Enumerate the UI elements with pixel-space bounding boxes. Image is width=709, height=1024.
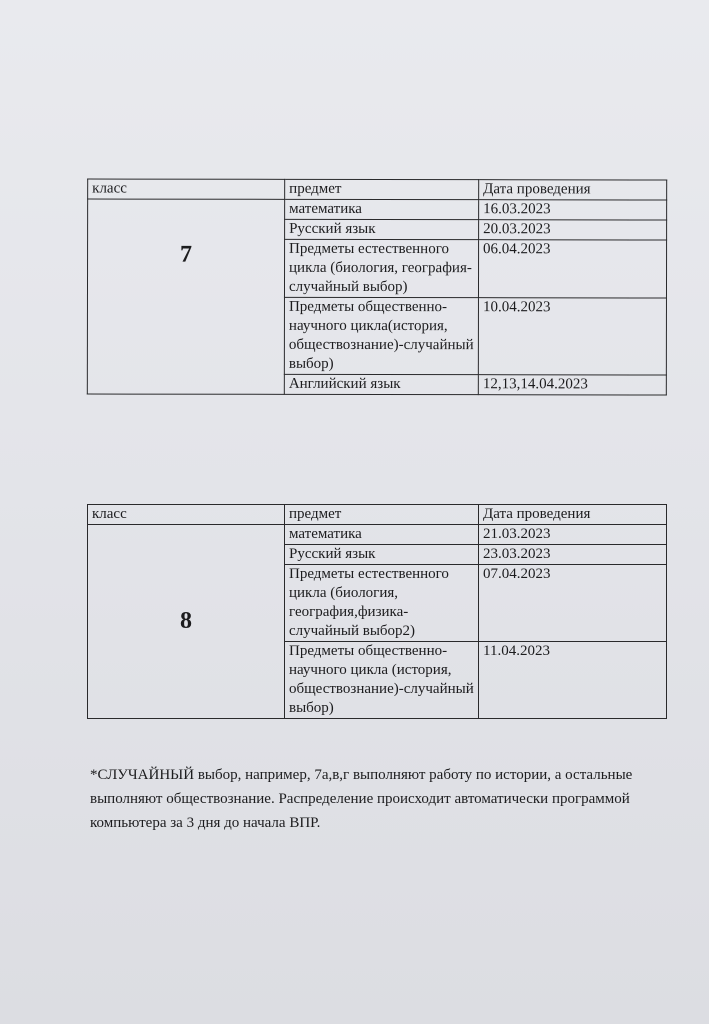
header-date: Дата проведения — [479, 180, 667, 200]
date-cell: 23.03.2023 — [479, 545, 667, 565]
date-cell: 11.04.2023 — [479, 642, 667, 719]
header-subject: предмет — [285, 505, 479, 525]
date-cell: 21.03.2023 — [479, 525, 667, 545]
footnote: *СЛУЧАЙНЫЙ выбор, например, 7а,в,г выпол… — [90, 763, 650, 835]
header-class: класс — [88, 505, 285, 525]
table-header-row: класс предмет Дата проведения — [88, 505, 667, 525]
subject-cell: Английский язык — [284, 374, 478, 394]
subject-cell: Предметы общественно-научного цикла (ист… — [285, 642, 479, 719]
table-row: 8 математика 21.03.2023 — [88, 525, 667, 545]
date-cell: 10.04.2023 — [478, 298, 666, 375]
subject-cell: Предметы общественно-научного цикла(исто… — [284, 297, 478, 374]
header-date: Дата проведения — [479, 505, 667, 525]
class-number: 7 — [87, 199, 284, 394]
subject-cell: Русский язык — [285, 545, 479, 565]
date-cell: 06.04.2023 — [478, 240, 666, 298]
grade-7-schedule-table: класс предмет Дата проведения 7 математи… — [87, 178, 667, 395]
table-header-row: класс предмет Дата проведения — [88, 179, 667, 200]
date-cell: 07.04.2023 — [479, 565, 667, 642]
header-class: класс — [88, 179, 285, 199]
header-subject: предмет — [285, 179, 479, 199]
subject-cell: Русский язык — [285, 219, 479, 239]
date-cell: 20.03.2023 — [479, 220, 667, 240]
grade-8-schedule-table: класс предмет Дата проведения 8 математи… — [87, 504, 667, 719]
date-cell: 16.03.2023 — [479, 200, 667, 220]
class-number: 8 — [88, 525, 285, 719]
subject-cell: Предметы естественного цикла (биология, … — [285, 565, 479, 642]
subject-cell: математика — [285, 199, 479, 219]
subject-cell: математика — [285, 525, 479, 545]
table-row: 7 математика 16.03.2023 — [88, 199, 667, 220]
date-cell: 12,13,14.04.2023 — [478, 375, 666, 395]
subject-cell: Предметы естественного цикла (биология, … — [284, 239, 478, 297]
